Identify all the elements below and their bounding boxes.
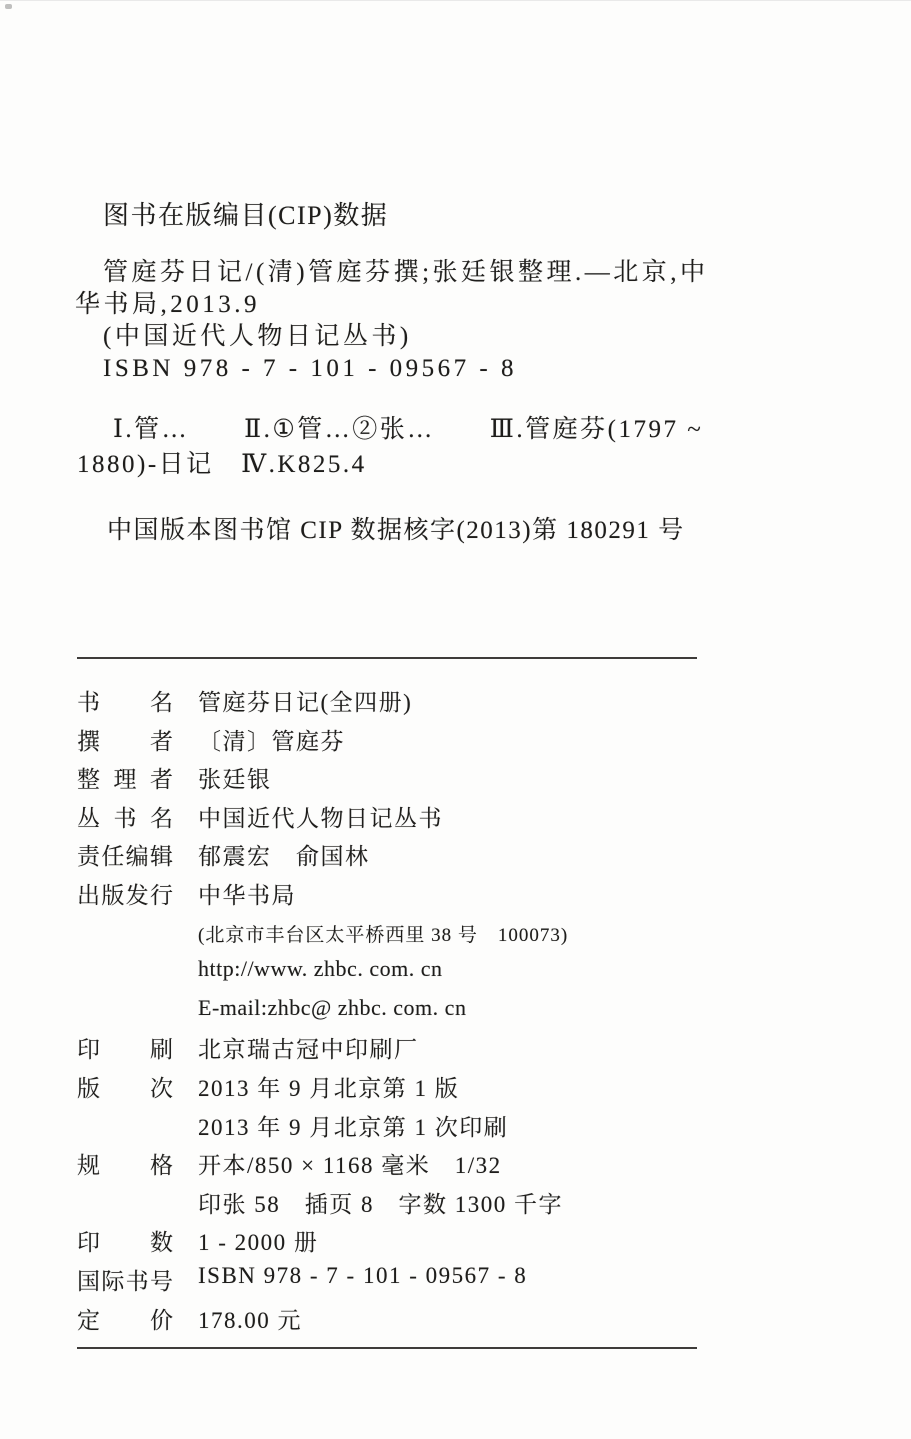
- colophon-row: http://www. zhbc. com. cn: [77, 954, 867, 993]
- colophon-row: (北京市丰台区太平桥西里 38 号 100073): [77, 916, 867, 955]
- colophon-row-label: 规格: [77, 1147, 173, 1180]
- colophon-row-value: 178.00 元: [198, 1302, 302, 1335]
- colophon-row-label: 撰者: [77, 723, 173, 756]
- colophon-table: 书名 管庭芬日记(全四册) 撰者 〔清〕管庭芬 整理者 张廷银 丛书名 中国近代…: [77, 684, 867, 1340]
- divider-bottom: [77, 1347, 697, 1349]
- colophon-row: 版次 2013 年 9 月北京第 1 版: [77, 1070, 867, 1109]
- colophon-row-label: 印刷: [77, 1031, 173, 1064]
- colophon-row: 撰者 〔清〕管庭芬: [77, 723, 867, 762]
- colophon-row-label: 版次: [77, 1070, 173, 1103]
- colophon-row-label: 整理者: [77, 761, 173, 794]
- cip-isbn-line: ISBN 978 - 7 - 101 - 09567 - 8: [75, 353, 709, 385]
- colophon-row-value: 开本/850 × 1168 毫米 1/32: [198, 1147, 502, 1180]
- colophon-row: 2013 年 9 月北京第 1 次印刷: [77, 1109, 867, 1148]
- colophon-row: E-mail:zhbc@ zhbc. com. cn: [77, 993, 867, 1032]
- colophon-row: 国际书号 ISBN 978 - 7 - 101 - 09567 - 8: [77, 1263, 867, 1302]
- cip-record-line: (中国近代人物日记丛书): [75, 321, 709, 353]
- colophon-row-label: 书名: [77, 684, 173, 717]
- cip-classification-line: Ⅰ.管… Ⅱ.①管…②张… Ⅲ.管庭芬(1797 ~: [77, 412, 703, 447]
- colophon-row-value: http://www. zhbc. com. cn: [198, 954, 442, 982]
- colophon-row-value: (北京市丰台区太平桥西里 38 号 100073): [198, 916, 568, 947]
- scan-artifact: [5, 4, 12, 9]
- colophon-row-value: 2013 年 9 月北京第 1 次印刷: [198, 1109, 508, 1142]
- colophon-row-value: 1 - 2000 册: [198, 1224, 318, 1257]
- colophon-row-value: ISBN 978 - 7 - 101 - 09567 - 8: [198, 1263, 527, 1289]
- colophon-row-label: 国际书号: [77, 1263, 173, 1296]
- colophon-row-value: 郁震宏 俞国林: [198, 838, 370, 871]
- colophon-row: 整理者 张廷银: [77, 761, 867, 800]
- colophon-row: 出版发行 中华书局: [77, 877, 867, 916]
- cip-classification-block: Ⅰ.管… Ⅱ.①管…②张… Ⅲ.管庭芬(1797 ~ 1880)-日记 Ⅳ.K8…: [77, 412, 703, 482]
- colophon-row-value: 管庭芬日记(全四册): [198, 684, 412, 717]
- copyright-page: 图书在版编目(CIP)数据 管庭芬日记/(清)管庭芬撰;张廷银整理.—北京,中 …: [0, 0, 911, 1439]
- colophon-row-label: 出版发行: [77, 877, 173, 910]
- colophon-row-value: 〔清〕管庭芬: [198, 723, 345, 756]
- colophon-row-value: 中华书局: [198, 877, 296, 910]
- colophon-row: 责任编辑 郁震宏 俞国林: [77, 838, 867, 877]
- cip-heading: 图书在版编目(CIP)数据: [103, 195, 388, 232]
- colophon-row-value: 印张 58 插页 8 字数 1300 千字: [198, 1186, 563, 1219]
- colophon-row-value: 中国近代人物日记丛书: [198, 800, 443, 833]
- cip-record-block: 管庭芬日记/(清)管庭芬撰;张廷银整理.—北京,中 华书局,2013.9 (中国…: [75, 257, 709, 385]
- colophon-row-label: 印数: [77, 1224, 173, 1257]
- colophon-row-label: 责任编辑: [77, 838, 173, 871]
- colophon-row-label: 丛书名: [77, 800, 173, 833]
- colophon-row: 规格 开本/850 × 1168 毫米 1/32: [77, 1147, 867, 1186]
- colophon-row: 定价 178.00 元: [77, 1302, 867, 1341]
- cip-record-line: 华书局,2013.9: [75, 289, 709, 321]
- cip-record-line: 管庭芬日记/(清)管庭芬撰;张廷银整理.—北京,中: [75, 257, 709, 289]
- colophon-row: 印数 1 - 2000 册: [77, 1224, 867, 1263]
- colophon-row-value: 2013 年 9 月北京第 1 版: [198, 1070, 459, 1103]
- colophon-row: 印刷 北京瑞古冠中印刷厂: [77, 1031, 867, 1070]
- colophon-row: 丛书名 中国近代人物日记丛书: [77, 800, 867, 839]
- colophon-row-value: E-mail:zhbc@ zhbc. com. cn: [198, 993, 466, 1021]
- divider-top: [77, 657, 697, 659]
- cip-registry-number: 中国版本图书馆 CIP 数据核字(2013)第 180291 号: [107, 510, 685, 546]
- colophon-row-value: 北京瑞古冠中印刷厂: [198, 1031, 419, 1064]
- colophon-row-label: 定价: [77, 1302, 173, 1335]
- scan-edge-shade: [0, 0, 911, 1]
- colophon-row: 印张 58 插页 8 字数 1300 千字: [77, 1186, 867, 1225]
- colophon-row: 书名 管庭芬日记(全四册): [77, 684, 867, 723]
- cip-classification-line: 1880)-日记 Ⅳ.K825.4: [77, 447, 703, 482]
- colophon-row-value: 张廷银: [198, 761, 272, 794]
